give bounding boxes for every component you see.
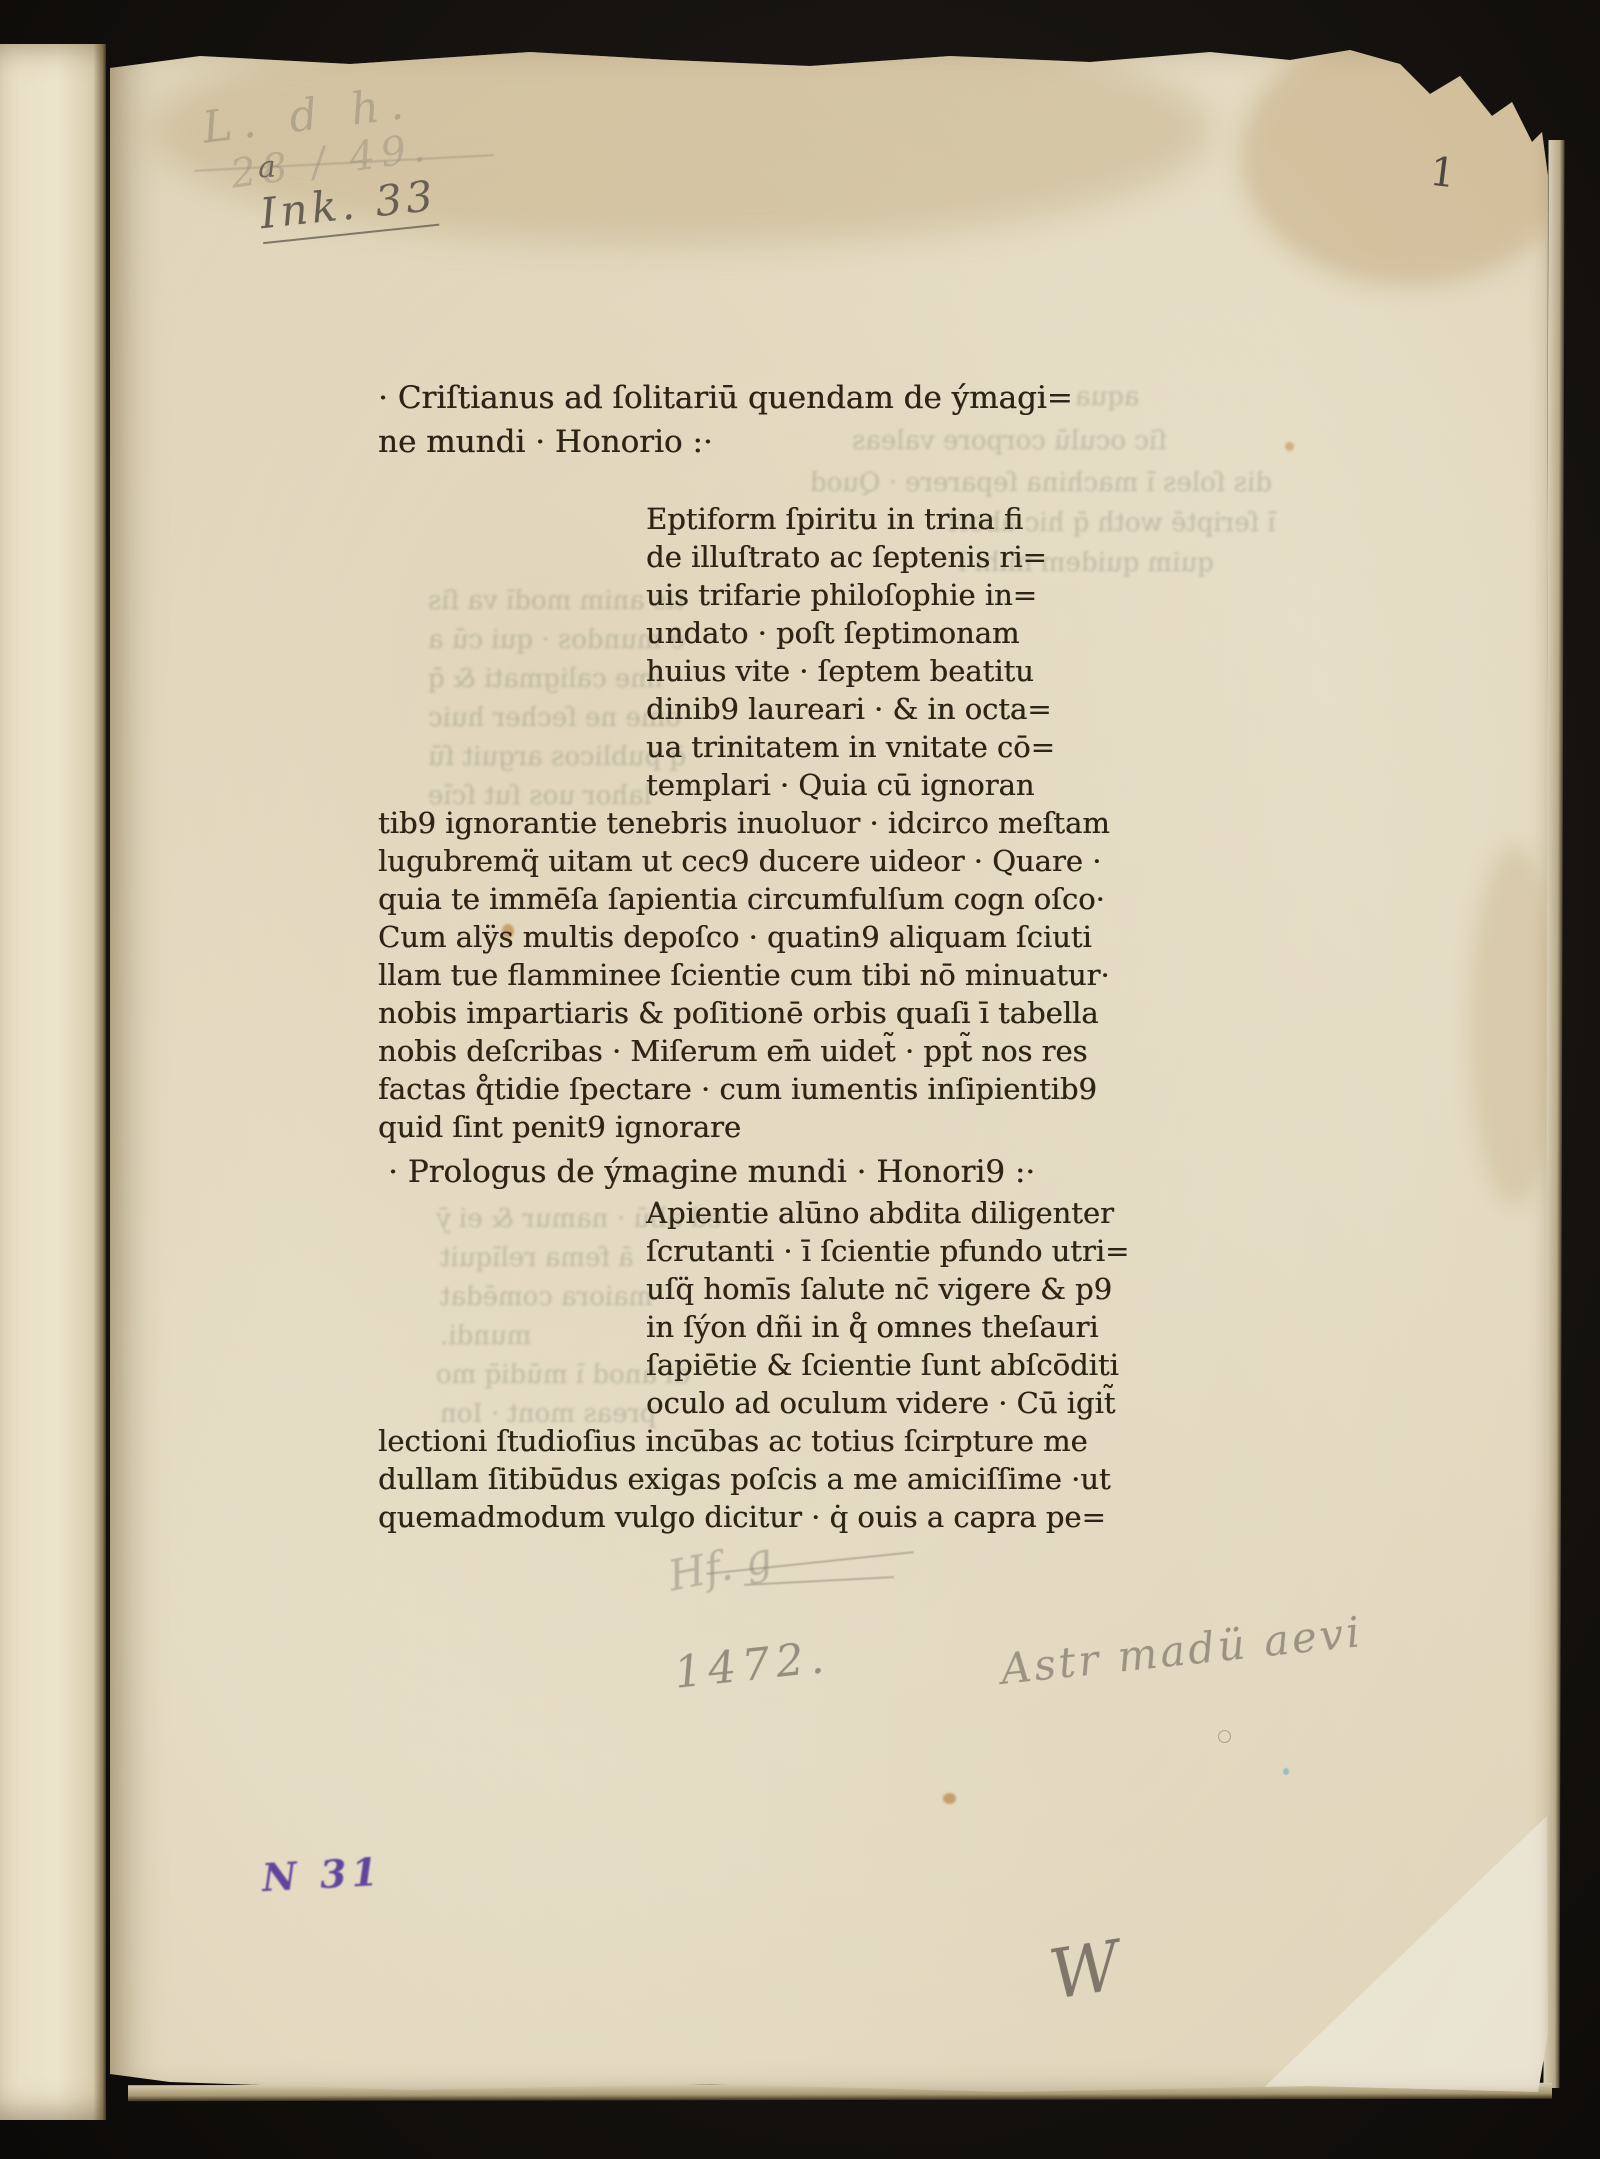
corner-sheen <box>1168 1784 1548 2092</box>
showthrough-line: ā fema relīquit <box>440 1243 634 1273</box>
print-line: uis trifarie philoſophie in= <box>646 576 1055 614</box>
print-line: ſapiētie & ſcientie ſunt abſcōditi <box>646 1346 1129 1384</box>
photograph-background: aqua ſic oculū corpore valeas dis ſoles … <box>0 0 1600 2159</box>
date-note-1472: 1472. <box>672 1632 832 1699</box>
folio-number: 1 <box>1427 149 1458 198</box>
stain-top-right-corner <box>1240 26 1580 286</box>
print-line: templari · Quia cū ignoran <box>646 766 1055 804</box>
book-page: aqua ſic oculū corpore valeas dis ſoles … <box>110 46 1548 2092</box>
blue-speck <box>1283 1768 1289 1775</box>
print-line: quia te immēſa ſapientia circumfulſum co… <box>378 880 1110 918</box>
print-line: undato · poſt ſeptimonam <box>646 614 1055 652</box>
showthrough-line: ome ne ſecher huic <box>428 703 681 733</box>
flyleaf-edge <box>0 44 106 2120</box>
prologus-heading: · Prologus de ýmagine mundi · Honori9 :· <box>388 1150 1035 1194</box>
paragraph-2-full: lectioni ſtudioſius incūbas ac totius ſc… <box>378 1422 1111 1536</box>
print-line: factas q̊tidie ſpectare · cum iumentis i… <box>378 1070 1110 1108</box>
paragraph-2-indented: Apientie alūno abdita diligenter ſcrutan… <box>646 1194 1129 1422</box>
print-line: quid ſint penit9 ignorare <box>378 1108 1110 1146</box>
print-line: nobis deſcribas · Miſerum em̄ uidet̃ · p… <box>378 1032 1110 1070</box>
print-line: dullam ſitibūdus exigas poſcis a me amic… <box>378 1460 1111 1498</box>
showthrough-line: aqua <box>1075 382 1139 412</box>
ring-mark <box>1218 1730 1231 1743</box>
print-line: uſq̈ homīs ſalute nc̄ vigere & p9 <box>646 1270 1129 1308</box>
print-line: oculo ad oculum videre · Cū igit̃ <box>646 1384 1129 1422</box>
pencil-monogram: W <box>1044 1927 1125 2016</box>
foxing-speck-2 <box>943 1793 956 1804</box>
print-line: ua trinitatem in vnitate cō= <box>646 728 1055 766</box>
shelfmark-superscript: a <box>257 149 277 185</box>
print-line: lugubremq̈ uitam ut cec9 ducere uideor ·… <box>378 842 1110 880</box>
print-line: huius vite · ſeptem beatitu <box>646 652 1055 690</box>
print-line: nobis impartiaris & poſitionē orbis quaſ… <box>378 994 1110 1032</box>
foxing-speck-3 <box>1285 442 1294 451</box>
heading-line: · Criſtianus ad ſolitariū quendam de ýma… <box>378 376 1073 420</box>
subject-note: Astr madü aevi <box>998 1607 1365 1694</box>
stain-right-edge <box>1470 846 1560 1206</box>
print-line: dinib9 laureari · & in octa= <box>646 690 1055 728</box>
print-line: Eptiform ſpiritu in trina fi <box>646 500 1055 538</box>
print-line: ſcrutanti · ī ſcientie pfundo utri= <box>646 1232 1129 1270</box>
paragraph-1-full: tib9 ignorantie tenebris inuoluor · idci… <box>378 804 1110 1146</box>
print-line: de illuſtrato ac ſeptenis ri= <box>646 538 1055 576</box>
showthrough-line: maiora comēdat <box>440 1282 653 1312</box>
heading-line: ne mundi · Honorio :· <box>378 420 1073 464</box>
print-line: tib9 ignorantie tenebris inuoluor · idci… <box>378 804 1110 842</box>
showthrough-line: mundi. <box>440 1321 531 1351</box>
print-line: in ſýon dñi in q̊ omnes theſauri <box>646 1308 1129 1346</box>
print-line: llam tue flamminee ſcientie cum tibi nō … <box>378 956 1110 994</box>
heading-line: · Prologus de ýmagine mundi · Honori9 :· <box>388 1150 1035 1194</box>
print-line: quemadmodum vulgo dicitur · q̇ ouis a ca… <box>378 1498 1111 1536</box>
incipit-heading: · Criſtianus ad ſolitariū quendam de ýma… <box>378 376 1073 464</box>
print-line: lectioni ſtudioſius incūbas ac totius ſc… <box>378 1422 1111 1460</box>
showthrough-line: ime caligmati & q̄ <box>428 664 663 694</box>
print-line: Apientie alūno abdita diligenter <box>646 1194 1129 1232</box>
print-line: Cum alÿs multis depoſco · quatin9 aliqua… <box>378 918 1110 956</box>
showthrough-line: dis ſoles ī machina ſeparere · Quod <box>810 468 1272 498</box>
paragraph-1-indented: Eptiform ſpiritu in trina fi de illuſtra… <box>646 500 1055 804</box>
library-stamp: N 31 <box>261 1849 384 1900</box>
